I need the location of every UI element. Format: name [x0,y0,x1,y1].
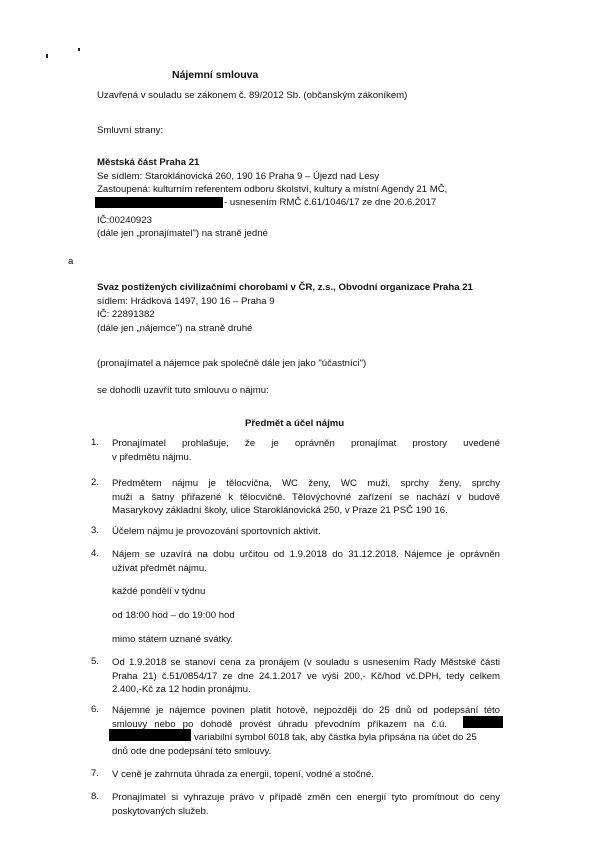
item-number: 1. [91,437,99,448]
item-line: dnů ode dne podepsání této smlouvy. [112,745,500,759]
item-line: muži a šatny přiřazené k tělocvičně. Těl… [112,491,500,505]
redacted-block [95,197,223,208]
participants-note: (pronajímatel a nájemce pak společně dál… [97,358,366,369]
list-item: Pronajímatel prohlašuje, že je oprávněn … [112,437,500,464]
tenant-role: (dále jen „nájemce") na straně druhé [97,323,252,334]
item-line: 2.400,-Kč za 12 hodin pronájmu. [112,683,500,697]
item-line: užívat předmět nájmu. [112,562,500,576]
tenant-ico: IČ: 22891382 [97,309,155,320]
item-number: 6. [91,704,99,715]
item-number: 2. [91,477,99,488]
list-item: Předmětem nájmu je tělocvična, WC ženy, … [112,477,500,518]
section-title: Předmět a účel nájmu [245,418,344,429]
redacted-account [109,729,191,741]
landlord-ico: IČ:00240923 [97,215,152,226]
item-line: Praha 21) č.51/0854/17 ze dne 24.1.2017 … [112,670,500,684]
list-item: Pronajímatel si vyhrazuje právo v případ… [112,791,500,818]
landlord-resolution: - usnesením RMČ č.61/1046/17 ze dne 20.6… [224,197,436,208]
document-title: Nájemní smlouva [172,69,258,81]
schedule-time: od 18:00 hod – do 19:00 hod [112,610,235,621]
item-line: V ceně je zahrnuta úhrada za energii, to… [112,768,500,782]
document-subtitle: Uzavřená v souladu se zákonem č. 89/2012… [97,90,407,101]
list-item: Účelem nájmu je provozování sportovních … [112,525,500,539]
list-item: Od 1.9.2018 se stanoví cena za pronájem … [112,656,500,697]
item-number: 4. [91,548,99,559]
item-line: Nájem se uzavírá na dobu určitou od 1.9.… [112,548,500,562]
item-line: Pronajímatel si vyhrazuje právo v případ… [112,791,500,805]
item-line: v předmětu nájmu. [112,451,500,465]
tenant-seat: sídlem: Hrádková 1497, 190 16 – Praha 9 [97,296,275,307]
landlord-represented: Zastoupená: kulturním referentem odboru … [97,184,447,195]
agreement-statement: se dohodli uzavřít tuto smlouvu o nájmu: [97,385,269,396]
landlord-name: Městská část Praha 21 [97,157,199,168]
schedule-note: mimo státem uznané svátky. [112,634,233,645]
landlord-role: (dále jen „pronajímatel") na straně jedn… [97,228,268,239]
item-number: 5. [91,656,99,667]
item-line: Předmětem nájmu je tělocvična, WC ženy, … [112,477,500,491]
parties-label: Smluvní strany: [97,125,163,136]
scan-speck [78,48,80,51]
item-number: 8. [91,791,99,802]
item-line: Pronajímatel prohlašuje, že je oprávněn … [112,437,500,451]
item-number: 7. [91,768,99,779]
landlord-seat: Se sídlem: Staroklánovická 260, 190 16 P… [97,171,379,182]
redacted-account [463,716,503,728]
list-item: Nájem se uzavírá na dobu určitou od 1.9.… [112,548,500,575]
scan-speck [46,54,48,58]
item-line: Masarykovy základní školy, ulice Starokl… [112,504,500,518]
item-number: 3. [91,525,99,536]
conjunction: a [68,256,73,267]
item-line: poskytovaných služeb. [112,805,500,819]
list-item: V ceně je zahrnuta úhrada za energii, to… [112,768,500,782]
item-line: Od 1.9.2018 se stanoví cena za pronájem … [112,656,500,670]
tenant-name: Svaz postižených civilizačními chorobami… [97,282,473,293]
item-line: Účelem nájmu je provozování sportovních … [112,525,500,539]
schedule-day: každé pondělí v týdnu [112,586,205,597]
item-line: Nájemné je nájemce povinen platit hotově… [112,704,500,718]
